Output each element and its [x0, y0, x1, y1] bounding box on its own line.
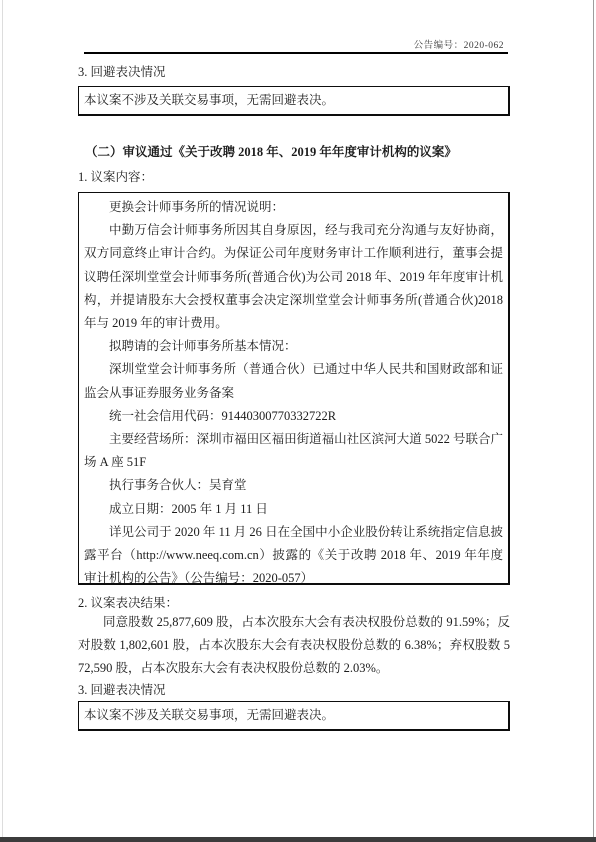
section2-abstention-box: 本议案不涉及关联交易事项，无需回避表决。 [78, 701, 510, 731]
box-paragraph: 详见公司于 2020 年 11 月 26 日在全国中小企业股份转让系统指定信息披… [84, 521, 503, 585]
box-paragraph: 主要经营场所：深圳市福田区福田街道福山社区滨河大道 5022 号联合广场 A 座… [84, 428, 503, 474]
header-rule [84, 52, 508, 54]
section2-item3-heading: 3. 回避表决情况 [78, 682, 510, 699]
box-paragraph: 深圳堂堂会计师事务所（普通合伙）已通过中华人民共和国财政部和证监会从事证券服务业… [84, 358, 503, 404]
section2-heading: （二）审议通过《关于改聘 2018 年、2019 年年度审计机构的议案》 [78, 144, 510, 161]
page-right-edge [593, 0, 594, 842]
section2-item1-heading: 1. 议案内容： [78, 169, 510, 186]
announcement-number: 公告编号：2020-062 [84, 37, 508, 51]
box-paragraph: 更换会计师事务所的情况说明： [84, 196, 503, 219]
box-paragraph: 成立日期：2005 年 1 月 11 日 [84, 498, 503, 521]
section2-item2-heading: 2. 议案表决结果： [78, 595, 510, 612]
page-left-edge [2, 0, 3, 842]
proposal-content-box: 更换会计师事务所的情况说明： 中勤万信会计师事务所因其自身原因，经与我司充分沟通… [78, 192, 510, 585]
prev-section-item3-heading: 3. 回避表决情况 [78, 64, 510, 81]
box-paragraph: 统一社会信用代码：91440300770332722R [84, 405, 503, 428]
prev-section-abstention-box: 本议案不涉及关联交易事项，无需回避表决。 [78, 86, 510, 116]
box-paragraph: 中勤万信会计师事务所因其自身原因，经与我司充分沟通与友好协商，双方同意终止审计合… [84, 219, 503, 335]
box-paragraph: 拟聘请的会计师事务所基本情况： [84, 335, 503, 358]
page-bottom-edge [0, 837, 596, 842]
vote-result-paragraph: 同意股数 25,877,609 股，占本次股东大会有表决权股份总数的 91.59… [78, 611, 510, 681]
box-paragraph: 执行事务合伙人：吴育堂 [84, 474, 503, 497]
announcement-page: 公告编号：2020-062 3. 回避表决情况 本议案不涉及关联交易事项，无需回… [0, 0, 596, 842]
